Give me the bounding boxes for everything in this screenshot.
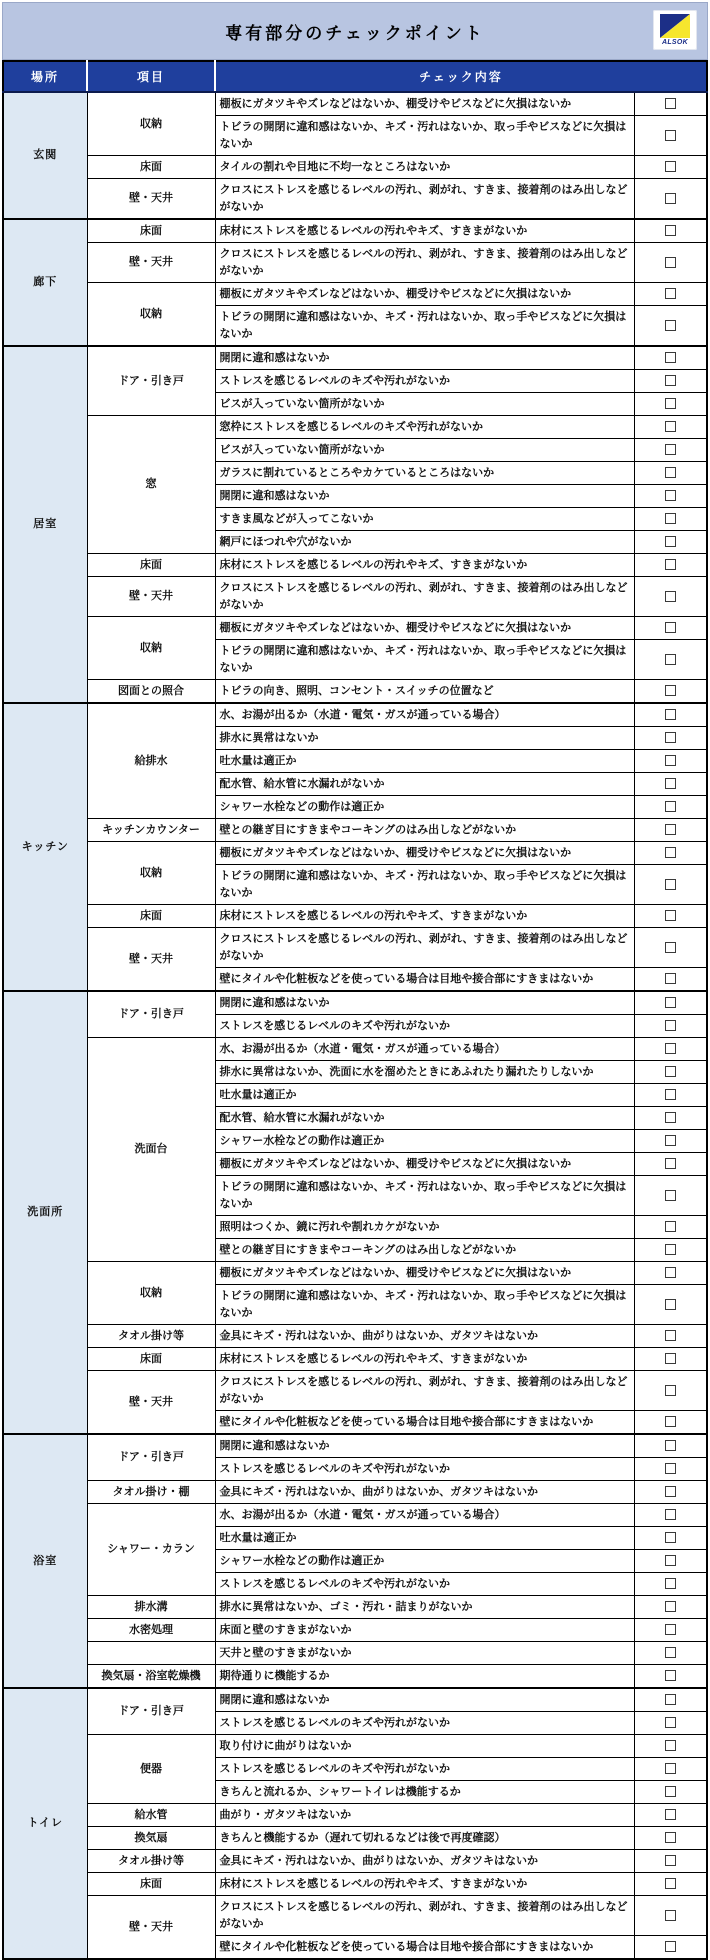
checkbox-cell: [635, 1434, 707, 1458]
check-text-cell: 床材にストレスを感じるレベルの汚れやキズ、すきまがないか: [215, 1348, 635, 1371]
checkbox-cell: [635, 1153, 707, 1176]
check-text-cell: シャワー水栓などの動作は適正か: [215, 1550, 635, 1573]
checkbox[interactable]: [665, 591, 676, 602]
checkbox-cell: [635, 928, 707, 968]
table-body: 玄関収納棚板にガタツキやズレなどはないか、棚受けやビスなどに欠損はないかトビラの…: [3, 92, 707, 1959]
location-cell: 廊下: [3, 219, 87, 346]
checkbox[interactable]: [665, 1555, 676, 1566]
check-row: タオル掛け等金具にキズ・汚れはないか、曲がりはないか、ガタツキはないか: [3, 1850, 707, 1873]
check-text-cell: 窓枠にストレスを感じるレベルのキズや汚れがないか: [215, 416, 635, 439]
checkbox-cell: [635, 750, 707, 773]
checkbox[interactable]: [665, 1221, 676, 1232]
checkbox-cell: [635, 1411, 707, 1435]
check-text-cell: 開閉に違和感はないか: [215, 1688, 635, 1712]
check-row: 壁・天井クロスにストレスを感じるレベルの汚れ、剥がれ、すきま、接着剤のはみ出しな…: [3, 1371, 707, 1411]
checkbox-cell: [635, 1176, 707, 1216]
checkbox-cell: [635, 1504, 707, 1527]
check-text-cell: トビラの開閉に違和感はないか、キズ・汚れはないか、取っ手やビスなどに欠損はないか: [215, 1285, 635, 1325]
check-text-cell: クロスにストレスを感じるレベルの汚れ、剥がれ、すきま、接着剤のはみ出しなどがない…: [215, 577, 635, 617]
check-row: タオル掛け等金具にキズ・汚れはないか、曲がりはないか、ガタツキはないか: [3, 1325, 707, 1348]
item-cell: キッチンカウンター: [87, 819, 215, 842]
location-cell: 玄関: [3, 92, 87, 219]
check-text-cell: ストレスを感じるレベルのキズや汚れがないか: [215, 1758, 635, 1781]
title-band: 専有部分のチェックポイント ALSOK: [2, 2, 708, 60]
checkbox[interactable]: [665, 161, 676, 172]
item-cell: 壁・天井: [87, 179, 215, 220]
checkbox[interactable]: [665, 559, 676, 570]
check-text-cell: 照明はつくか、鏡に汚れや割れカケがないか: [215, 1216, 635, 1239]
checkbox-cell: [635, 1527, 707, 1550]
check-row: 水密処理床面と壁のすきまがないか: [3, 1619, 707, 1642]
checkbox[interactable]: [665, 1244, 676, 1255]
item-cell: タオル掛け等: [87, 1850, 215, 1873]
checkbox-cell: [635, 1827, 707, 1850]
item-cell: 収納: [87, 617, 215, 680]
checkbox-cell: [635, 1758, 707, 1781]
check-text-cell: クロスにストレスを感じるレベルの汚れ、剥がれ、すきま、接着剤のはみ出しなどがない…: [215, 179, 635, 220]
check-text-cell: 開閉に違和感はないか: [215, 1434, 635, 1458]
item-cell: 収納: [87, 283, 215, 347]
item-cell: 窓: [87, 416, 215, 554]
check-text-cell: トビラの開閉に違和感はないか、キズ・汚れはないか、取っ手やビスなどに欠損はないか: [215, 865, 635, 905]
checkbox-cell: [635, 485, 707, 508]
checkbox[interactable]: [665, 1440, 676, 1451]
check-text-cell: トビラの開閉に違和感はないか、キズ・汚れはないか、取っ手やビスなどに欠損はないか: [215, 1176, 635, 1216]
check-text-cell: 床材にストレスを感じるレベルの汚れやキズ、すきまがないか: [215, 905, 635, 928]
check-text-cell: きちんと流れるか、シャワートイレは機能するか: [215, 1781, 635, 1804]
check-row: トイレドア・引き戸開閉に違和感はないか: [3, 1688, 707, 1712]
checkbox[interactable]: [665, 824, 676, 835]
check-row: 収納棚板にガタツキやズレなどはないか、棚受けやビスなどに欠損はないか: [3, 1262, 707, 1285]
checkbox[interactable]: [665, 130, 676, 141]
location-cell: 洗面所: [3, 991, 87, 1434]
checkbox[interactable]: [665, 732, 676, 743]
checkbox[interactable]: [665, 1717, 676, 1728]
checkbox-cell: [635, 116, 707, 156]
checkbox[interactable]: [665, 98, 676, 109]
checkbox-cell: [635, 1619, 707, 1642]
item-cell: 壁・天井: [87, 928, 215, 992]
check-text-cell: クロスにストレスを感じるレベルの汚れ、剥がれ、すきま、接着剤のはみ出しなどがない…: [215, 928, 635, 968]
check-text-cell: クロスにストレスを感じるレベルの汚れ、剥がれ、すきま、接着剤のはみ出しなどがない…: [215, 243, 635, 283]
checkbox-cell: [635, 283, 707, 306]
checkbox[interactable]: [665, 1670, 676, 1681]
checkbox[interactable]: [665, 1647, 676, 1658]
check-row: 浴室ドア・引き戸開閉に違和感はないか: [3, 1434, 707, 1458]
checkbox-cell: [635, 842, 707, 865]
check-text-cell: トビラの開閉に違和感はないか、キズ・汚れはないか、取っ手やビスなどに欠損はないか: [215, 116, 635, 156]
checkbox-cell: [635, 1642, 707, 1665]
checkbox-cell: [635, 727, 707, 750]
checkbox[interactable]: [665, 1158, 676, 1169]
checkbox-cell: [635, 370, 707, 393]
checkbox[interactable]: [665, 1353, 676, 1364]
checkbox[interactable]: [665, 288, 676, 299]
check-row: 壁・天井クロスにストレスを感じるレベルの汚れ、剥がれ、すきま、接着剤のはみ出しな…: [3, 928, 707, 968]
checkbox-cell: [635, 577, 707, 617]
item-cell: シャワー・カラン: [87, 1504, 215, 1596]
checkbox-cell: [635, 1481, 707, 1504]
check-row: 壁・天井クロスにストレスを感じるレベルの汚れ、剥がれ、すきま、接着剤のはみ出しな…: [3, 243, 707, 283]
checkbox-cell: [635, 92, 707, 116]
checkbox[interactable]: [665, 1832, 676, 1843]
item-cell: ドア・引き戸: [87, 991, 215, 1038]
checkbox-cell: [635, 1061, 707, 1084]
page-title: 専有部分のチェックポイント: [225, 19, 485, 44]
check-text-cell: 水、お湯が出るか（水道・電気・ガスが通っている場合）: [215, 703, 635, 727]
checkbox[interactable]: [665, 973, 676, 984]
check-row: 床面タイルの割れや目地に不均一なところはないか: [3, 156, 707, 179]
check-row: 収納棚板にガタツキやズレなどはないか、棚受けやビスなどに欠損はないか: [3, 283, 707, 306]
checkbox-cell: [635, 991, 707, 1015]
checkbox[interactable]: [665, 1463, 676, 1474]
location-cell: 浴室: [3, 1434, 87, 1688]
item-cell: 床面: [87, 1348, 215, 1371]
checkbox-cell: [635, 554, 707, 577]
checkbox[interactable]: [665, 622, 676, 633]
check-text-cell: 棚板にガタツキやズレなどはないか、棚受けやビスなどに欠損はないか: [215, 842, 635, 865]
check-text-cell: クロスにストレスを感じるレベルの汚れ、剥がれ、すきま、接着剤のはみ出しなどがない…: [215, 1896, 635, 1936]
checkbox[interactable]: [665, 1694, 676, 1705]
check-text-cell: シャワー水栓などの動作は適正か: [215, 796, 635, 819]
check-text-cell: 壁との継ぎ目にすきまやコーキングのはみ出しなどがないか: [215, 819, 635, 842]
check-text-cell: 棚板にガタツキやズレなどはないか、棚受けやビスなどに欠損はないか: [215, 92, 635, 116]
check-text-cell: ストレスを感じるレベルのキズや汚れがないか: [215, 1015, 635, 1038]
check-row: キッチンカウンター壁との継ぎ目にすきまやコーキングのはみ出しなどがないか: [3, 819, 707, 842]
check-row: 床面床材にストレスを感じるレベルの汚れやキズ、すきまがないか: [3, 554, 707, 577]
check-text-cell: ビスが入っていない箇所がないか: [215, 439, 635, 462]
checkbox-cell: [635, 1130, 707, 1153]
check-text-cell: ストレスを感じるレベルのキズや汚れがないか: [215, 370, 635, 393]
check-text-cell: 水、お湯が出るか（水道・電気・ガスが通っている場合）: [215, 1038, 635, 1061]
check-text-cell: ストレスを感じるレベルのキズや汚れがないか: [215, 1573, 635, 1596]
check-text-cell: クロスにストレスを感じるレベルの汚れ、剥がれ、すきま、接着剤のはみ出しなどがない…: [215, 1371, 635, 1411]
item-cell: 収納: [87, 842, 215, 905]
checkbox-cell: [635, 1665, 707, 1689]
checkbox[interactable]: [665, 320, 676, 331]
check-text-cell: 棚板にガタツキやズレなどはないか、棚受けやビスなどに欠損はないか: [215, 617, 635, 640]
checkbox-cell: [635, 680, 707, 704]
checkbox[interactable]: [665, 1020, 676, 1031]
checkbox[interactable]: [665, 1855, 676, 1866]
check-text-cell: 吐水量は適正か: [215, 1084, 635, 1107]
checkbox-cell: [635, 1596, 707, 1619]
check-row: 壁・天井クロスにストレスを感じるレベルの汚れ、剥がれ、すきま、接着剤のはみ出しな…: [3, 577, 707, 617]
location-cell: キッチン: [3, 703, 87, 991]
checkbox[interactable]: [665, 709, 676, 720]
check-text-cell: 網戸にほつれや穴がないか: [215, 531, 635, 554]
item-cell: 壁・天井: [87, 1371, 215, 1435]
item-cell: 収納: [87, 1262, 215, 1325]
checkbox[interactable]: [665, 536, 676, 547]
checkbox-cell: [635, 1107, 707, 1130]
checkbox[interactable]: [665, 942, 676, 953]
check-text-cell: 天井と壁のすきまがないか: [215, 1642, 635, 1665]
item-cell: 給水管: [87, 1804, 215, 1827]
checkbox[interactable]: [665, 1763, 676, 1774]
checkbox-cell: [635, 306, 707, 347]
check-text-cell: 金具にキズ・汚れはないか、曲がりはないか、ガタツキはないか: [215, 1325, 635, 1348]
check-text-cell: 水、お湯が出るか（水道・電気・ガスが通っている場合）: [215, 1504, 635, 1527]
checkbox-cell: [635, 819, 707, 842]
item-cell: 床面: [87, 554, 215, 577]
header-item: 項目: [87, 61, 215, 92]
alsok-logo-text: ALSOK: [662, 39, 688, 47]
checkbox-cell: [635, 1550, 707, 1573]
checkbox[interactable]: [665, 755, 676, 766]
checkbox[interactable]: [665, 1190, 676, 1201]
checkbox[interactable]: [665, 1624, 676, 1635]
check-text-cell: 排水に異常はないか、ゴミ・汚れ・詰まりがないか: [215, 1596, 635, 1619]
checkbox[interactable]: [665, 1066, 676, 1077]
checkbox[interactable]: [665, 375, 676, 386]
item-cell: 床面: [87, 1873, 215, 1896]
check-text-cell: 床材にストレスを感じるレベルの汚れやキズ、すきまがないか: [215, 1873, 635, 1896]
checkbox[interactable]: [665, 1578, 676, 1589]
item-cell: タオル掛け・棚: [87, 1481, 215, 1504]
check-text-cell: すきま風などが入ってこないか: [215, 508, 635, 531]
checkbox-cell: [635, 1458, 707, 1481]
checkbox[interactable]: [665, 685, 676, 696]
checkbox[interactable]: [665, 1878, 676, 1889]
checkbox[interactable]: [665, 421, 676, 432]
checkbox[interactable]: [665, 1601, 676, 1612]
item-cell: 洗面台: [87, 1038, 215, 1262]
check-text-cell: 金具にキズ・汚れはないか、曲がりはないか、ガタツキはないか: [215, 1850, 635, 1873]
check-text-cell: トビラの向き、照明、コンセント・スイッチの位置など: [215, 680, 635, 704]
check-text-cell: 壁にタイルや化粧板などを使っている場合は目地や接合部にすきまはないか: [215, 1936, 635, 1960]
check-text-cell: 床材にストレスを感じるレベルの汚れやキズ、すきまがないか: [215, 554, 635, 577]
item-cell: 給排水: [87, 703, 215, 819]
check-text-cell: ビスが入っていない箇所がないか: [215, 393, 635, 416]
checkbox[interactable]: [665, 1299, 676, 1310]
location-cell: 居室: [3, 346, 87, 703]
checkbox-cell: [635, 1285, 707, 1325]
checkbox[interactable]: [665, 847, 676, 858]
checkbox-cell: [635, 508, 707, 531]
checkbox-cell: [635, 439, 707, 462]
checkbox[interactable]: [665, 513, 676, 524]
checkbox-cell: [635, 1873, 707, 1896]
checkbox[interactable]: [665, 1135, 676, 1146]
check-row: 玄関収納棚板にガタツキやズレなどはないか、棚受けやビスなどに欠損はないか: [3, 92, 707, 116]
item-cell: タオル掛け等: [87, 1325, 215, 1348]
check-text-cell: 棚板にガタツキやズレなどはないか、棚受けやビスなどに欠損はないか: [215, 1262, 635, 1285]
checkbox[interactable]: [665, 1267, 676, 1278]
alsok-logo: ALSOK: [653, 10, 697, 50]
checkbox-cell: [635, 156, 707, 179]
check-text-cell: きちんと機能するか（遅れて切れるなどは後で再度確認）: [215, 1827, 635, 1850]
item-cell: 便器: [87, 1735, 215, 1804]
checkbox[interactable]: [665, 910, 676, 921]
checkbox-cell: [635, 640, 707, 680]
check-text-cell: 期待通りに機能するか: [215, 1665, 635, 1689]
checkbox-cell: [635, 1936, 707, 1960]
checkbox[interactable]: [665, 1089, 676, 1100]
checkbox[interactable]: [665, 467, 676, 478]
check-row: 天井と壁のすきまがないか: [3, 1642, 707, 1665]
check-row: 給水管曲がり・ガタツキはないか: [3, 1804, 707, 1827]
checkbox-cell: [635, 1084, 707, 1107]
check-text-cell: 金具にキズ・汚れはないか、曲がりはないか、ガタツキはないか: [215, 1481, 635, 1504]
checkbox[interactable]: [665, 1532, 676, 1543]
check-text-cell: 床面と壁のすきまがないか: [215, 1619, 635, 1642]
table-header-row: 場所 項目 チェック内容: [3, 61, 707, 92]
check-row: 壁・天井クロスにストレスを感じるレベルの汚れ、剥がれ、すきま、接着剤のはみ出しな…: [3, 179, 707, 220]
checkbox-cell: [635, 617, 707, 640]
checkbox-cell: [635, 1804, 707, 1827]
item-cell: ドア・引き戸: [87, 1688, 215, 1735]
checkbox-cell: [635, 1262, 707, 1285]
checkbox-cell: [635, 219, 707, 243]
checkbox[interactable]: [665, 879, 676, 890]
checkbox[interactable]: [665, 352, 676, 363]
check-row: 排水溝排水に異常はないか、ゴミ・汚れ・詰まりがないか: [3, 1596, 707, 1619]
checkbox-cell: [635, 703, 707, 727]
item-cell: 壁・天井: [87, 1896, 215, 1960]
item-cell: 換気扇・浴室乾燥機: [87, 1665, 215, 1689]
checkbox[interactable]: [665, 1330, 676, 1341]
checkbox[interactable]: [665, 1786, 676, 1797]
check-text-cell: 吐水量は適正か: [215, 750, 635, 773]
checkbox-cell: [635, 462, 707, 485]
checkbox[interactable]: [665, 1941, 676, 1952]
checkbox[interactable]: [665, 444, 676, 455]
item-cell: 水密処理: [87, 1619, 215, 1642]
checkbox[interactable]: [665, 654, 676, 665]
check-text-cell: 排水に異常はないか: [215, 727, 635, 750]
checkbox[interactable]: [665, 1112, 676, 1123]
checkbox-cell: [635, 531, 707, 554]
checkbox-cell: [635, 1850, 707, 1873]
check-row: 収納棚板にガタツキやズレなどはないか、棚受けやビスなどに欠損はないか: [3, 842, 707, 865]
check-text-cell: 開閉に違和感はないか: [215, 991, 635, 1015]
check-row: 洗面所ドア・引き戸開閉に違和感はないか: [3, 991, 707, 1015]
checkbox-cell: [635, 1896, 707, 1936]
check-text-cell: トビラの開閉に違和感はないか、キズ・汚れはないか、取っ手やビスなどに欠損はないか: [215, 306, 635, 347]
alsok-logo-icon: [660, 14, 690, 38]
item-cell: 換気扇: [87, 1827, 215, 1850]
checkbox-cell: [635, 243, 707, 283]
check-row: キッチン給排水水、お湯が出るか（水道・電気・ガスが通っている場合）: [3, 703, 707, 727]
checkbox-cell: [635, 1239, 707, 1262]
check-text-cell: タイルの割れや目地に不均一なところはないか: [215, 156, 635, 179]
item-cell: 壁・天井: [87, 243, 215, 283]
item-cell: ドア・引き戸: [87, 346, 215, 416]
check-row: 収納棚板にガタツキやズレなどはないか、棚受けやビスなどに欠損はないか: [3, 617, 707, 640]
checkbox-cell: [635, 1038, 707, 1061]
checkbox[interactable]: [665, 1740, 676, 1751]
check-text-cell: 開閉に違和感はないか: [215, 346, 635, 370]
check-text-cell: 配水管、給水管に水漏れがないか: [215, 773, 635, 796]
check-row: シャワー・カラン水、お湯が出るか（水道・電気・ガスが通っている場合）: [3, 1504, 707, 1527]
checkbox-cell: [635, 773, 707, 796]
check-text-cell: 取り付けに曲がりはないか: [215, 1735, 635, 1758]
check-row: 換気扇きちんと機能するか（遅れて切れるなどは後で再度確認）: [3, 1827, 707, 1850]
location-cell: トイレ: [3, 1688, 87, 1959]
checkbox[interactable]: [665, 1385, 676, 1396]
checkbox-cell: [635, 1325, 707, 1348]
check-row: 床面床材にストレスを感じるレベルの汚れやキズ、すきまがないか: [3, 905, 707, 928]
checkbox-cell: [635, 1015, 707, 1038]
checkbox[interactable]: [665, 490, 676, 501]
checkbox-cell: [635, 1781, 707, 1804]
checkbox[interactable]: [665, 997, 676, 1008]
checkbox-cell: [635, 346, 707, 370]
checkbox[interactable]: [665, 193, 676, 204]
check-text-cell: 棚板にガタツキやズレなどはないか、棚受けやビスなどに欠損はないか: [215, 283, 635, 306]
check-row: 廊下床面床材にストレスを感じるレベルの汚れやキズ、すきまがないか: [3, 219, 707, 243]
checkbox[interactable]: [665, 1910, 676, 1921]
checkbox[interactable]: [665, 1509, 676, 1520]
check-row: 床面床材にストレスを感じるレベルの汚れやキズ、すきまがないか: [3, 1873, 707, 1896]
checkbox-cell: [635, 1712, 707, 1735]
checkbox-cell: [635, 1348, 707, 1371]
check-text-cell: 曲がり・ガタツキはないか: [215, 1804, 635, 1827]
checkbox[interactable]: [665, 778, 676, 789]
check-text-cell: シャワー水栓などの動作は適正か: [215, 1130, 635, 1153]
checkbox[interactable]: [665, 801, 676, 812]
checkbox-cell: [635, 393, 707, 416]
item-cell: 排水溝: [87, 1596, 215, 1619]
checkbox-cell: [635, 1216, 707, 1239]
check-text-cell: 壁との継ぎ目にすきまやコーキングのはみ出しなどがないか: [215, 1239, 635, 1262]
item-cell: 床面: [87, 905, 215, 928]
item-cell: ドア・引き戸: [87, 1434, 215, 1481]
check-row: 便器取り付けに曲がりはないか: [3, 1735, 707, 1758]
checkbox-cell: [635, 1688, 707, 1712]
checkbox[interactable]: [665, 398, 676, 409]
check-row: 床面床材にストレスを感じるレベルの汚れやキズ、すきまがないか: [3, 1348, 707, 1371]
item-cell: 床面: [87, 156, 215, 179]
header-content: チェック内容: [215, 61, 707, 92]
check-row: タオル掛け・棚金具にキズ・汚れはないか、曲がりはないか、ガタツキはないか: [3, 1481, 707, 1504]
checkbox-cell: [635, 865, 707, 905]
check-text-cell: 壁にタイルや化粧板などを使っている場合は目地や接合部にすきまはないか: [215, 968, 635, 992]
check-text-cell: 排水に異常はないか、洗面に水を溜めたときにあふれたり漏れたりしないか: [215, 1061, 635, 1084]
check-text-cell: 壁にタイルや化粧板などを使っている場合は目地や接合部にすきまはないか: [215, 1411, 635, 1435]
check-text-cell: 棚板にガタツキやズレなどはないか、棚受けやビスなどに欠損はないか: [215, 1153, 635, 1176]
check-text-cell: ストレスを感じるレベルのキズや汚れがないか: [215, 1458, 635, 1481]
check-row: 壁・天井クロスにストレスを感じるレベルの汚れ、剥がれ、すきま、接着剤のはみ出しな…: [3, 1896, 707, 1936]
checkbox[interactable]: [665, 1043, 676, 1054]
check-row: 居室ドア・引き戸開閉に違和感はないか: [3, 346, 707, 370]
check-row: 窓窓枠にストレスを感じるレベルのキズや汚れがないか: [3, 416, 707, 439]
item-cell: 床面: [87, 219, 215, 243]
checkbox[interactable]: [665, 257, 676, 268]
checkbox-cell: [635, 796, 707, 819]
checkbox-cell: [635, 179, 707, 220]
item-cell: [87, 1642, 215, 1665]
check-text-cell: ストレスを感じるレベルのキズや汚れがないか: [215, 1712, 635, 1735]
checkbox[interactable]: [665, 1809, 676, 1820]
check-row: 図面との照合トビラの向き、照明、コンセント・スイッチの位置など: [3, 680, 707, 704]
check-row: 洗面台水、お湯が出るか（水道・電気・ガスが通っている場合）: [3, 1038, 707, 1061]
check-text-cell: 吐水量は適正か: [215, 1527, 635, 1550]
checkpoint-table: 場所 項目 チェック内容 玄関収納棚板にガタツキやズレなどはないか、棚受けやビス…: [2, 60, 708, 1960]
checkbox[interactable]: [665, 225, 676, 236]
checkbox-cell: [635, 416, 707, 439]
checkbox-cell: [635, 1573, 707, 1596]
check-row: 換気扇・浴室乾燥機期待通りに機能するか: [3, 1665, 707, 1689]
checkbox[interactable]: [665, 1416, 676, 1427]
checkbox-cell: [635, 1371, 707, 1411]
checklist-sheet: 専有部分のチェックポイント ALSOK 場所 項目 チェック内容 玄関収納棚板に…: [2, 2, 708, 1960]
check-text-cell: 配水管、給水管に水漏れがないか: [215, 1107, 635, 1130]
checkbox-cell: [635, 905, 707, 928]
checkbox-cell: [635, 968, 707, 992]
checkbox[interactable]: [665, 1486, 676, 1497]
